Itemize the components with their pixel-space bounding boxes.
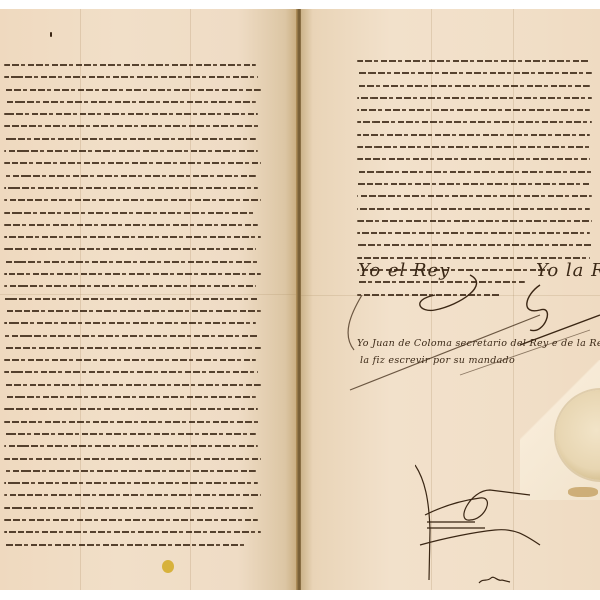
left-page bbox=[0, 9, 297, 590]
manuscript-line bbox=[4, 335, 258, 337]
manuscript-line bbox=[4, 101, 256, 103]
secretary-note-line1: Yo Juan de Coloma secretario del Rey e d… bbox=[357, 338, 600, 349]
manuscript-line bbox=[4, 494, 261, 496]
manuscript-line bbox=[4, 76, 258, 78]
manuscript-line bbox=[4, 236, 261, 238]
secretary-note-line2: la fiz escrevir por su mandado bbox=[360, 355, 515, 366]
manuscript-line bbox=[357, 72, 592, 74]
ink-stain bbox=[162, 560, 174, 573]
manuscript-line bbox=[4, 298, 258, 300]
manuscript-line bbox=[4, 273, 261, 275]
manuscript-line bbox=[357, 60, 590, 62]
registry-rubric bbox=[415, 460, 555, 580]
manuscript-line bbox=[357, 134, 590, 136]
manuscript-line bbox=[4, 138, 256, 140]
manuscript-line bbox=[4, 384, 261, 386]
manuscript-line bbox=[4, 224, 258, 226]
manuscript-line bbox=[4, 396, 256, 398]
manuscript-line bbox=[4, 89, 261, 91]
wax-stain bbox=[568, 487, 598, 497]
manuscript-line bbox=[4, 150, 258, 152]
manuscript-line bbox=[4, 347, 261, 349]
manuscript-line bbox=[4, 248, 256, 250]
manuscript-line bbox=[4, 458, 261, 460]
manuscript-line bbox=[4, 125, 261, 127]
manuscript-line bbox=[4, 531, 261, 533]
manuscript-line bbox=[4, 482, 258, 484]
left-page-text bbox=[4, 64, 266, 556]
manuscript-line bbox=[357, 232, 590, 234]
manuscript-line bbox=[357, 109, 590, 111]
bottom-annotation bbox=[478, 574, 512, 586]
manuscript-line bbox=[4, 359, 256, 361]
manuscript-line bbox=[357, 97, 592, 99]
manuscript-line bbox=[4, 113, 258, 115]
manuscript-line bbox=[357, 244, 592, 246]
manuscript-line bbox=[357, 183, 590, 185]
manuscript-line bbox=[4, 285, 256, 287]
manuscript-line bbox=[4, 175, 256, 177]
manuscript-line bbox=[357, 121, 592, 123]
manuscript-line bbox=[4, 64, 256, 66]
manuscript-line bbox=[4, 519, 258, 521]
manuscript-line bbox=[4, 199, 261, 201]
manuscript-line bbox=[4, 421, 261, 423]
manuscript-line bbox=[357, 208, 590, 210]
manuscript-line bbox=[357, 220, 592, 222]
manuscript-line bbox=[4, 261, 258, 263]
manuscript-line bbox=[357, 85, 590, 87]
manuscript-line bbox=[357, 158, 590, 160]
manuscript-line bbox=[4, 433, 256, 435]
manuscript-line bbox=[4, 470, 256, 472]
manuscript-line bbox=[4, 187, 258, 189]
manuscript-line bbox=[357, 171, 592, 173]
manuscript-line bbox=[4, 445, 258, 447]
manuscript-line bbox=[4, 544, 245, 546]
manuscript-line bbox=[357, 195, 592, 197]
ink-mark bbox=[50, 32, 52, 37]
manuscript-line bbox=[4, 322, 256, 324]
manuscript-line bbox=[4, 507, 256, 509]
manuscript-line bbox=[4, 408, 258, 410]
manuscript-line bbox=[4, 212, 256, 214]
manuscript-line bbox=[357, 146, 592, 148]
manuscript-line bbox=[4, 371, 258, 373]
manuscript-line bbox=[4, 162, 261, 164]
manuscript-line bbox=[4, 310, 261, 312]
